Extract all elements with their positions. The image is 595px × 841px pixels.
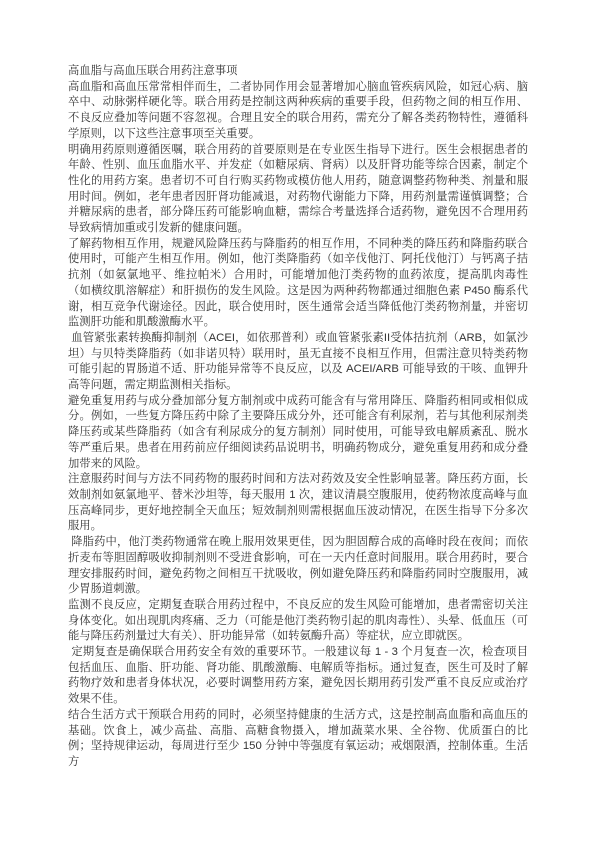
paragraph-timing-lipid: 降脂药中，他汀类药物通常在晚上服用效果更佳，因为胆固醇合成的高峰时段在夜间；而依… (68, 535, 528, 598)
paragraph-timing-antihypertensive: 注意服药时间与方法不同药物的服药时间和方法对药效及安全性影响显著。降压药方面，长… (68, 472, 528, 535)
document-content: 高血脂与高血压联合用药注意事项 高血脂和高血压常常相伴而生，二者协同作用会显著增… (68, 64, 528, 771)
paragraph-acei-arb: 血管紧张素转换酶抑制剂（ACEI，如依那普利）或血管紧张素II受体拮抗剂（ARB… (68, 331, 528, 394)
paragraph-principles: 明确用药原则遵循医嘱，联合用药的首要原则是在专业医生指导下进行。医生会根据患者的… (68, 143, 528, 237)
paragraph-lifestyle: 结合生活方式干预联合用药的同时，必须坚持健康的生活方式，这是控制高血脂和高血压的… (68, 708, 528, 771)
document-page: 高血脂与高血压联合用药注意事项 高血脂和高血压常常相伴而生，二者协同作用会显著增… (0, 0, 595, 841)
paragraph-regular-checkup: 定期复查是确保联合用药安全有效的重要环节。一般建议每 1 - 3 个月复查一次，… (68, 645, 528, 708)
paragraph-interactions-statin: 了解药物相互作用，规避风险降压药与降脂药的相互作用，不同种类的降压药和降脂药联合… (68, 237, 528, 331)
paragraph-duplicate-medication: 避免重复用药与成分叠加部分复方制剂或中成药可能含有与常用降压、降脂药相同或相似成… (68, 394, 528, 473)
paragraph-intro: 高血脂和高血压常常相伴而生，二者协同作用会显著增加心脑血管疾病风险，如冠心病、脑… (68, 80, 528, 143)
paragraph-adverse-reactions: 监测不良反应，定期复查联合用药过程中，不良反应的发生风险可能增加，患者需密切关注… (68, 598, 528, 645)
document-title: 高血脂与高血压联合用药注意事项 (68, 64, 528, 80)
